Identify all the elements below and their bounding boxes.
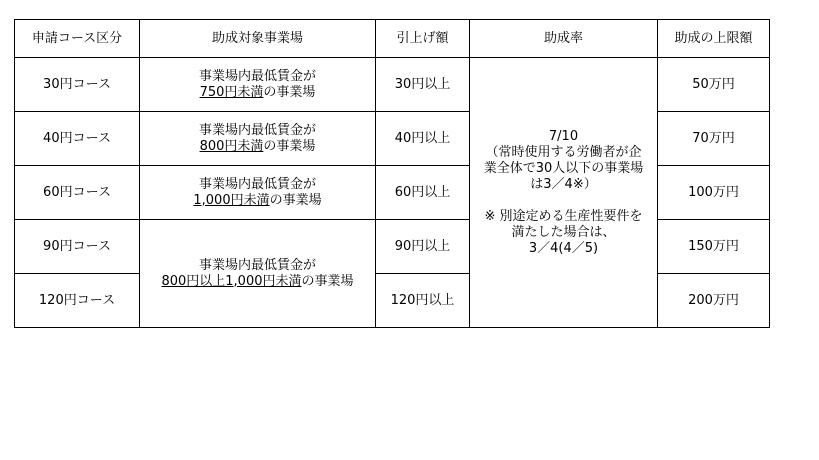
raise-cell: 120円以上 [376,274,470,328]
rate-spacer [470,193,657,209]
target-threshold: 750円未満 [200,85,264,100]
raise-cell: 60円以上 [376,166,470,220]
target-threshold: 800円以上1,000円未満 [161,274,301,289]
header-raise: 引上げ額 [376,20,470,58]
rate-line3: 業全体で30人以下の事業場 [470,161,657,177]
header-target: 助成対象事業場 [140,20,376,58]
limit-cell: 100万円 [658,166,770,220]
target-suffix: の事業場 [270,193,322,208]
course-cell: 30円コース [15,58,140,112]
course-cell: 40円コース [15,112,140,166]
course-cell: 120円コース [15,274,140,328]
target-suffix: の事業場 [302,274,354,289]
table-row: 30円コース 事業場内最低賃金が 750円未満の事業場 30円以上 7/10 （… [15,58,770,112]
rate-note3: 3／4(4／5) [470,241,657,257]
limit-cell: 150万円 [658,220,770,274]
rate-cell: 7/10 （常時使用する労働者が企 業全体で30人以下の事業場 は3／4※） ※… [470,58,658,328]
rate-line2: （常時使用する労働者が企 [470,145,657,161]
target-threshold: 1,000円未満 [193,193,269,208]
raise-cell: 90円以上 [376,220,470,274]
target-line2: 800円以上1,000円未満の事業場 [140,274,375,290]
rate-note2: 満たした場合は、 [470,225,657,241]
target-line1: 事業場内最低賃金が [140,69,375,85]
course-cell: 60円コース [15,166,140,220]
raise-cell: 30円以上 [376,58,470,112]
subsidy-course-table: 申請コース区分 助成対象事業場 引上げ額 助成率 助成の上限額 30円コース 事… [14,19,770,328]
target-line1: 事業場内最低賃金が [140,177,375,193]
target-cell: 事業場内最低賃金が 750円未満の事業場 [140,58,376,112]
target-line2: 750円未満の事業場 [140,85,375,101]
course-cell: 90円コース [15,220,140,274]
table-header-row: 申請コース区分 助成対象事業場 引上げ額 助成率 助成の上限額 [15,20,770,58]
header-course: 申請コース区分 [15,20,140,58]
limit-cell: 200万円 [658,274,770,328]
limit-cell: 70万円 [658,112,770,166]
rate-main: 7/10 [470,129,657,145]
target-line1: 事業場内最低賃金が [140,123,375,139]
target-cell-merged: 事業場内最低賃金が 800円以上1,000円未満の事業場 [140,220,376,328]
target-suffix: の事業場 [263,85,315,100]
limit-cell: 50万円 [658,58,770,112]
header-rate: 助成率 [470,20,658,58]
rate-note1: ※ 別途定める生産性要件を [470,209,657,225]
target-suffix: の事業場 [263,139,315,154]
target-cell: 事業場内最低賃金が 1,000円未満の事業場 [140,166,376,220]
rate-line4: は3／4※） [470,177,657,193]
raise-cell: 40円以上 [376,112,470,166]
target-line1: 事業場内最低賃金が [140,258,375,274]
target-line2: 1,000円未満の事業場 [140,193,375,209]
target-line2: 800円未満の事業場 [140,139,375,155]
target-threshold: 800円未満 [200,139,264,154]
header-limit: 助成の上限額 [658,20,770,58]
target-cell: 事業場内最低賃金が 800円未満の事業場 [140,112,376,166]
